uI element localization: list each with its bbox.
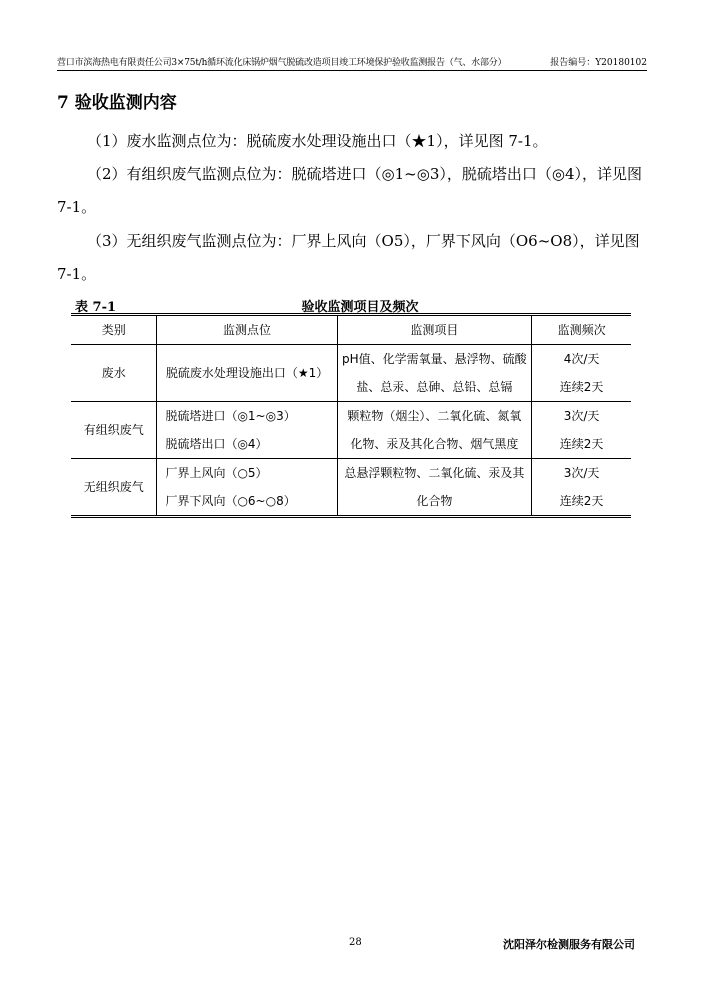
monitoring-table: 类别 监测点位 监测项目 监测频次 废水 脱硫废水处理设施出口（★1） pH值、… (71, 313, 631, 518)
table-row: 废水 脱硫废水处理设施出口（★1） pH值、化学需氧量、悬浮物、硫酸 盐、总汞、… (71, 345, 631, 402)
header-points: 监测点位 (157, 315, 337, 345)
company-name: 沈阳泽尔检测服务有限公司 (503, 936, 635, 952)
header-frequency: 监测频次 (532, 315, 631, 345)
cell-points: 脱硫塔进口（◎1~◎3） 脱硫塔出口（◎4） (157, 402, 337, 459)
cell-items: 总悬浮颗粒物、二氧化硫、汞及其 化合物 (337, 459, 532, 517)
cell-items: 颗粒物（烟尘）、二氧化硫、氮氧 化物、汞及其化合物、烟气黑度 (337, 402, 532, 459)
header-category: 类别 (71, 315, 157, 345)
cell-frequency: 3次/天 连续2天 (532, 459, 631, 517)
paragraph-wastewater: （1）废水监测点位为：脱硫废水处理设施出口（★1），详见图 7-1。 (57, 125, 647, 158)
header-items: 监测项目 (337, 315, 532, 345)
cell-items: pH值、化学需氧量、悬浮物、硫酸 盐、总汞、总砷、总铅、总镉 (337, 345, 532, 402)
cell-category: 废水 (71, 345, 157, 402)
paragraph-unorganized-gas: （3）无组织废气监测点位为：厂界上风向（O5），厂界下风向（O6~O8），详见图… (57, 225, 647, 291)
report-number: 报告编号：Y20180102 (550, 56, 647, 70)
cell-category: 有组织废气 (71, 402, 157, 459)
table-row: 有组织废气 脱硫塔进口（◎1~◎3） 脱硫塔出口（◎4） 颗粒物（烟尘）、二氧化… (71, 402, 631, 459)
table-row: 无组织废气 厂界上风向（○5） 厂界下风向（○6~○8） 总悬浮颗粒物、二氧化硫… (71, 459, 631, 517)
section-title: 7 验收监测内容 (57, 88, 177, 113)
cell-category: 无组织废气 (71, 459, 157, 517)
page-header: 营口市滨海热电有限责任公司3×75t/h循环流化床锅炉烟气脱硫改造项目竣工环境保… (57, 56, 647, 71)
header-title: 营口市滨海热电有限责任公司3×75t/h循环流化床锅炉烟气脱硫改造项目竣工环境保… (57, 56, 506, 70)
cell-frequency: 3次/天 连续2天 (532, 402, 631, 459)
cell-points: 脱硫废水处理设施出口（★1） (157, 345, 337, 402)
page-number: 28 (349, 937, 362, 948)
cell-points: 厂界上风向（○5） 厂界下风向（○6~○8） (157, 459, 337, 517)
paragraph-organized-gas: （2）有组织废气监测点位为：脱硫塔进口（◎1~◎3），脱硫塔出口（◎4），详见图… (57, 158, 647, 224)
table-header-row: 类别 监测点位 监测项目 监测频次 (71, 315, 631, 345)
cell-frequency: 4次/天 连续2天 (532, 345, 631, 402)
